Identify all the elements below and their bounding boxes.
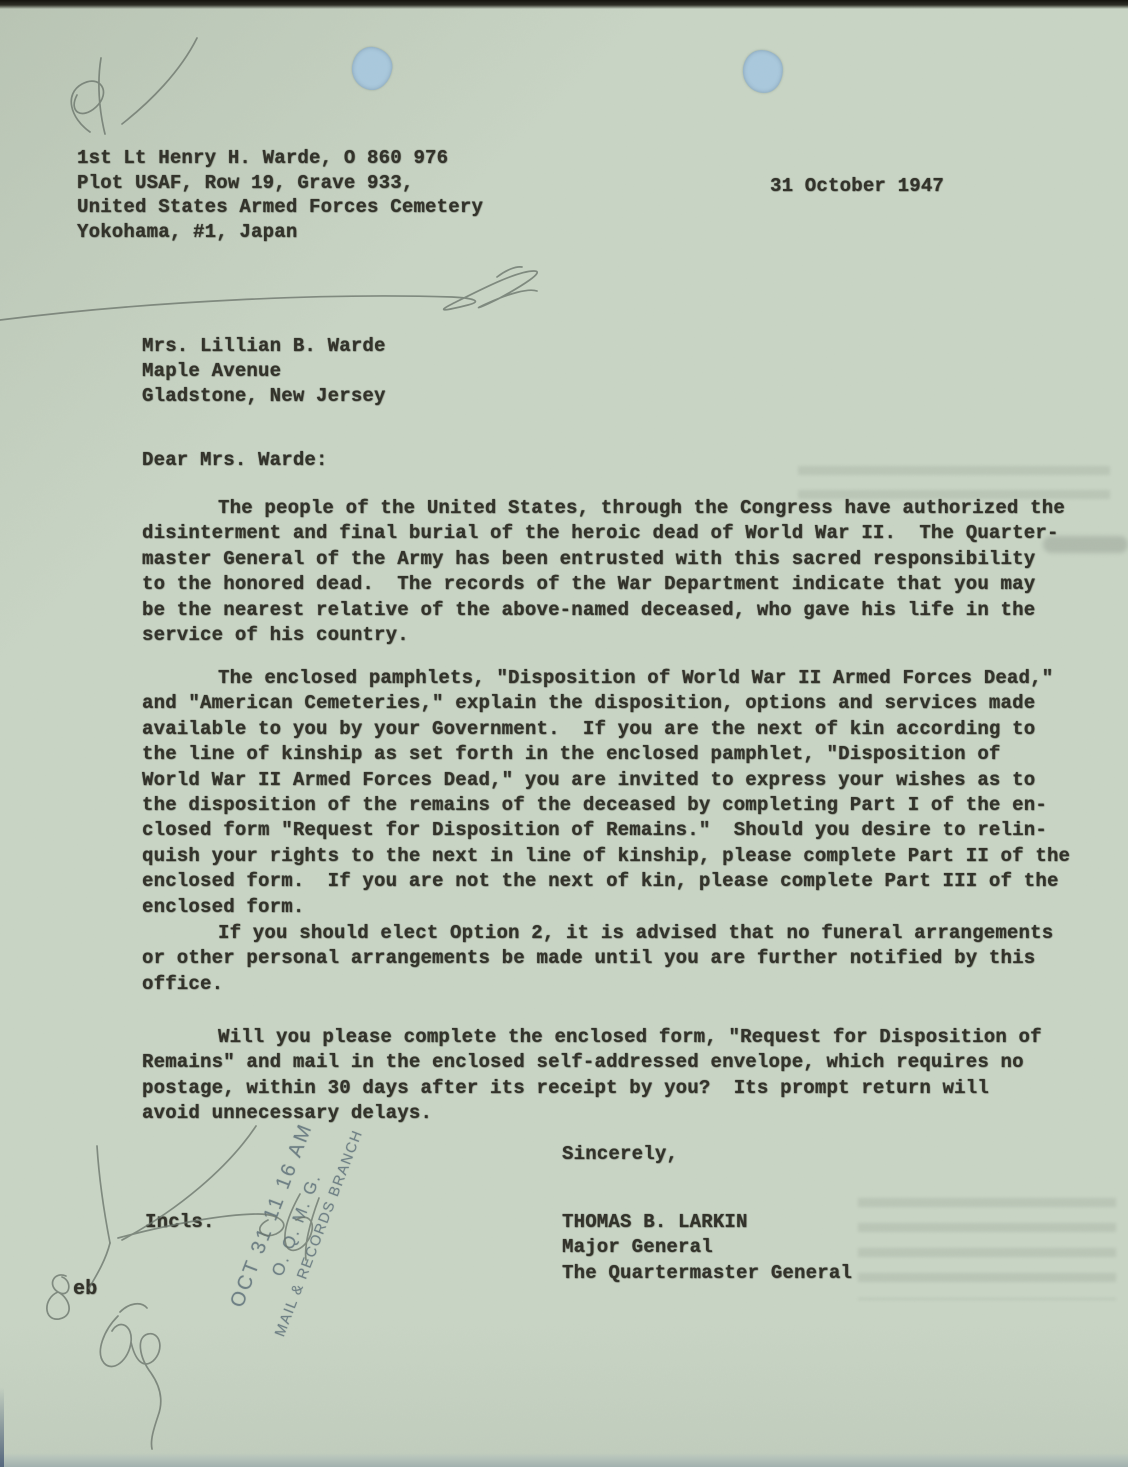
signature-name: THOMAS B. LARKIN [562,1211,748,1233]
punch-hole-left [349,44,395,92]
letter-page: 1st Lt Henry H. Warde, O 860 976 Plot US… [0,0,1128,1467]
closing: Sincerely, [562,1142,678,1167]
salutation: Dear Mrs. Warde: [142,448,328,473]
letter-date: 31 October 1947 [770,174,944,199]
scan-edge-bottom [0,1453,1128,1467]
pencil-line-and-initials [0,271,537,320]
body-paragraph-2: The enclosed pamphlets, "Disposition of … [142,666,1102,920]
typist-initials: eb [73,1277,97,1302]
signature-rank: Major General [562,1236,713,1258]
enclosure-note: Incls. [145,1210,215,1235]
sender-address-block: 1st Lt Henry H. Warde, O 860 976 Plot US… [77,146,483,244]
body-paragraph-1: The people of the United States, through… [142,496,1102,648]
recipient-address-block: Mrs. Lillian B. Warde Maple Avenue Glads… [142,334,386,408]
pencil-initials [120,1304,147,1312]
signature-title: The Quartermaster General [562,1262,852,1284]
pencil-scribble-top-left [122,38,197,124]
signature-block: THOMAS B. LARKIN Major General The Quart… [562,1210,852,1286]
scan-edge-left [0,1387,4,1467]
body-paragraph-4: Will you please complete the enclosed fo… [142,1025,1102,1127]
bleed-through-text [858,1198,1116,1300]
body-paragraph-3: If you should elect Option 2, it is advi… [142,921,1102,997]
scan-edge-top [0,0,1128,9]
pencil-number-8 [47,1275,69,1319]
punch-hole-right [741,48,785,95]
